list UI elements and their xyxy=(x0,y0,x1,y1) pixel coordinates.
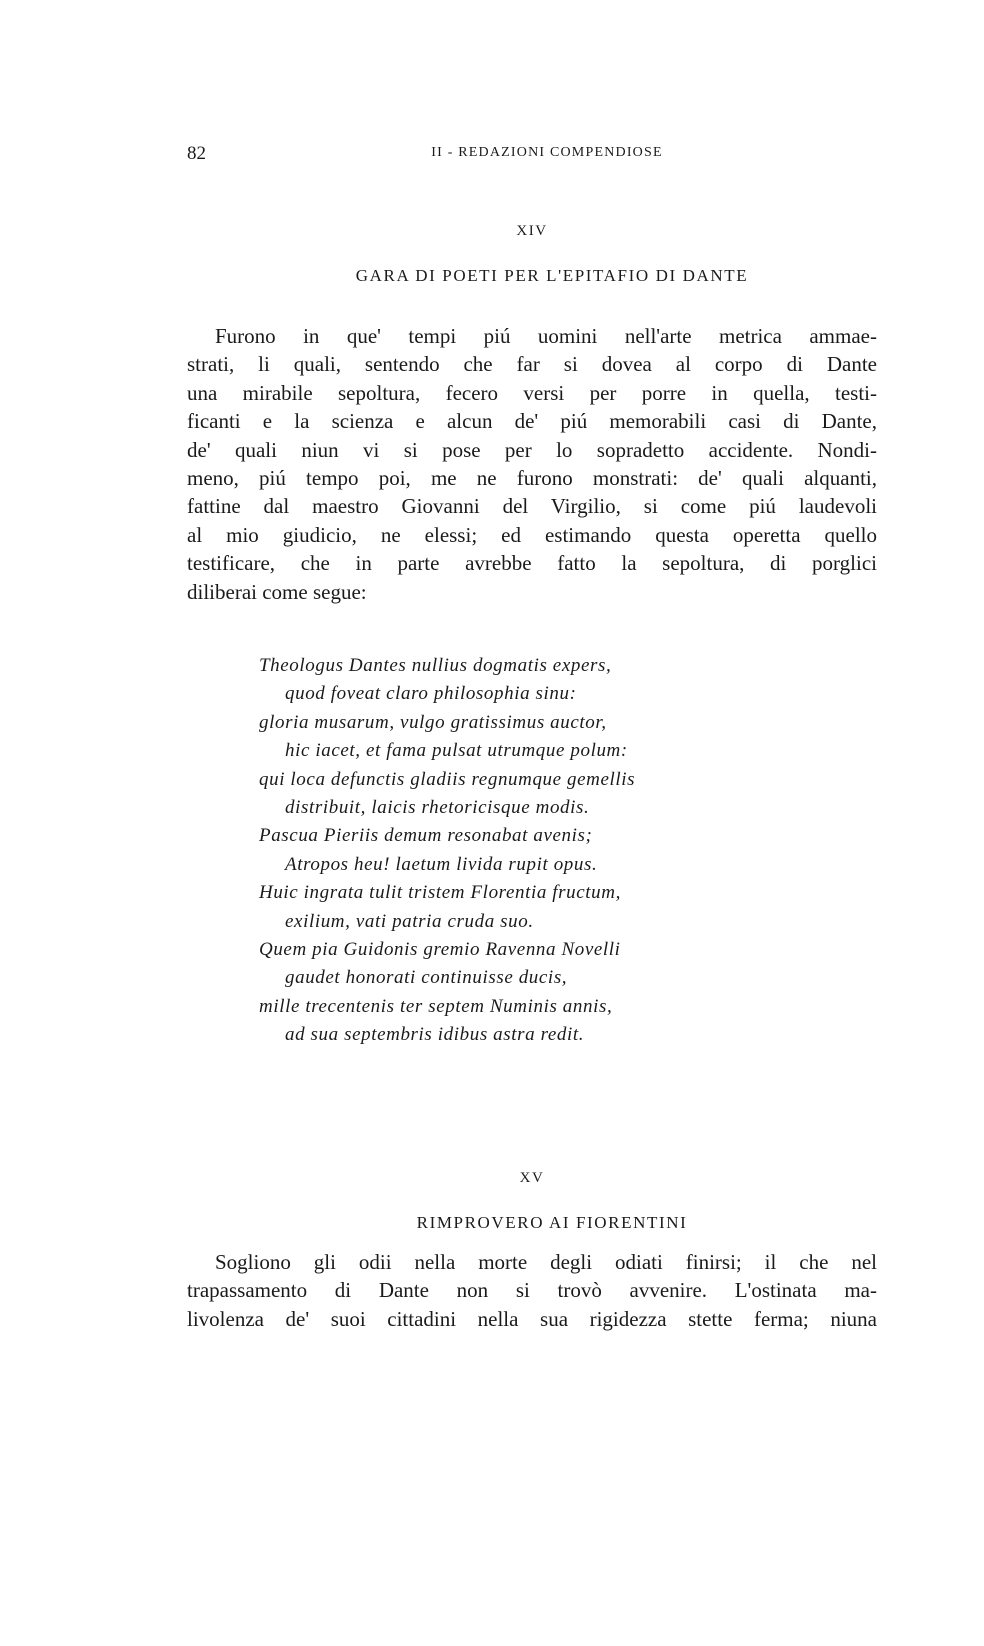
section-numeral-xv: XV xyxy=(187,1170,877,1187)
prose-line: Sogliono gli odii nella morte degli odia… xyxy=(187,1248,877,1276)
verse-line: mille trecentenis ter septem Numinis ann… xyxy=(259,993,749,1021)
prose-line: trapassamento di Dante non si trovò avve… xyxy=(187,1276,877,1304)
verse-line: distribuit, laicis rhetoricisque modis. xyxy=(259,794,749,822)
prose-line: fattine dal maestro Giovanni del Virgili… xyxy=(187,492,877,520)
verse-line: Pascua Pieriis demum resonabat avenis; xyxy=(259,822,749,850)
section-title-xiv: GARA DI POETI PER L'EPITAFIO DI DANTE xyxy=(187,266,877,286)
epitaph-verse: Theologus Dantes nullius dogmatis expers… xyxy=(259,652,749,1049)
section-xv-prose: Sogliono gli odii nella morte degli odia… xyxy=(187,1248,877,1333)
section-xiv-prose: Furono in que' tempi piú uomini nell'art… xyxy=(187,322,877,606)
verse-line: qui loca defunctis gladiis regnumque gem… xyxy=(259,766,749,794)
verse-line: Quem pia Guidonis gremio Ravenna Novelli xyxy=(259,936,749,964)
verse-line: ad sua septembris idibus astra redit. xyxy=(259,1021,749,1049)
prose-line: al mio giudicio, ne elessi; ed estimando… xyxy=(187,521,877,549)
prose-line: meno, piú tempo poi, me ne furono monstr… xyxy=(187,464,877,492)
running-title: II - REDAZIONI COMPENDIOSE xyxy=(187,145,877,161)
section-title-xv: RIMPROVERO AI FIORENTINI xyxy=(187,1213,877,1233)
verse-line: Theologus Dantes nullius dogmatis expers… xyxy=(259,652,749,680)
section-numeral-xiv: XIV xyxy=(187,223,877,240)
verse-line: gaudet honorati continuisse ducis, xyxy=(259,964,749,992)
verse-line: gloria musarum, vulgo gratissimus auctor… xyxy=(259,709,749,737)
prose-line: Furono in que' tempi piú uomini nell'art… xyxy=(187,322,877,350)
prose-line: testificare, che in parte avrebbe fatto … xyxy=(187,549,877,577)
book-page: 82 II - REDAZIONI COMPENDIOSE XIV GARA D… xyxy=(0,0,984,1646)
verse-line: hic iacet, et fama pulsat utrumque polum… xyxy=(259,737,749,765)
running-head: 82 II - REDAZIONI COMPENDIOSE xyxy=(187,143,877,167)
prose-line: ficanti e la scienza e alcun de' piú mem… xyxy=(187,407,877,435)
prose-line: diliberai come segue: xyxy=(187,578,877,606)
prose-line: livolenza de' suoi cittadini nella sua r… xyxy=(187,1305,877,1333)
prose-line: de' quali niun vi si pose per lo soprade… xyxy=(187,436,877,464)
verse-line: exilium, vati patria cruda suo. xyxy=(259,908,749,936)
prose-line: una mirabile sepoltura, fecero versi per… xyxy=(187,379,877,407)
verse-line: Huic ingrata tulit tristem Florentia fru… xyxy=(259,879,749,907)
prose-line: strati, li quali, sentendo che far si do… xyxy=(187,350,877,378)
verse-line: quod foveat claro philosophia sinu: xyxy=(259,680,749,708)
verse-line: Atropos heu! laetum livida rupit opus. xyxy=(259,851,749,879)
